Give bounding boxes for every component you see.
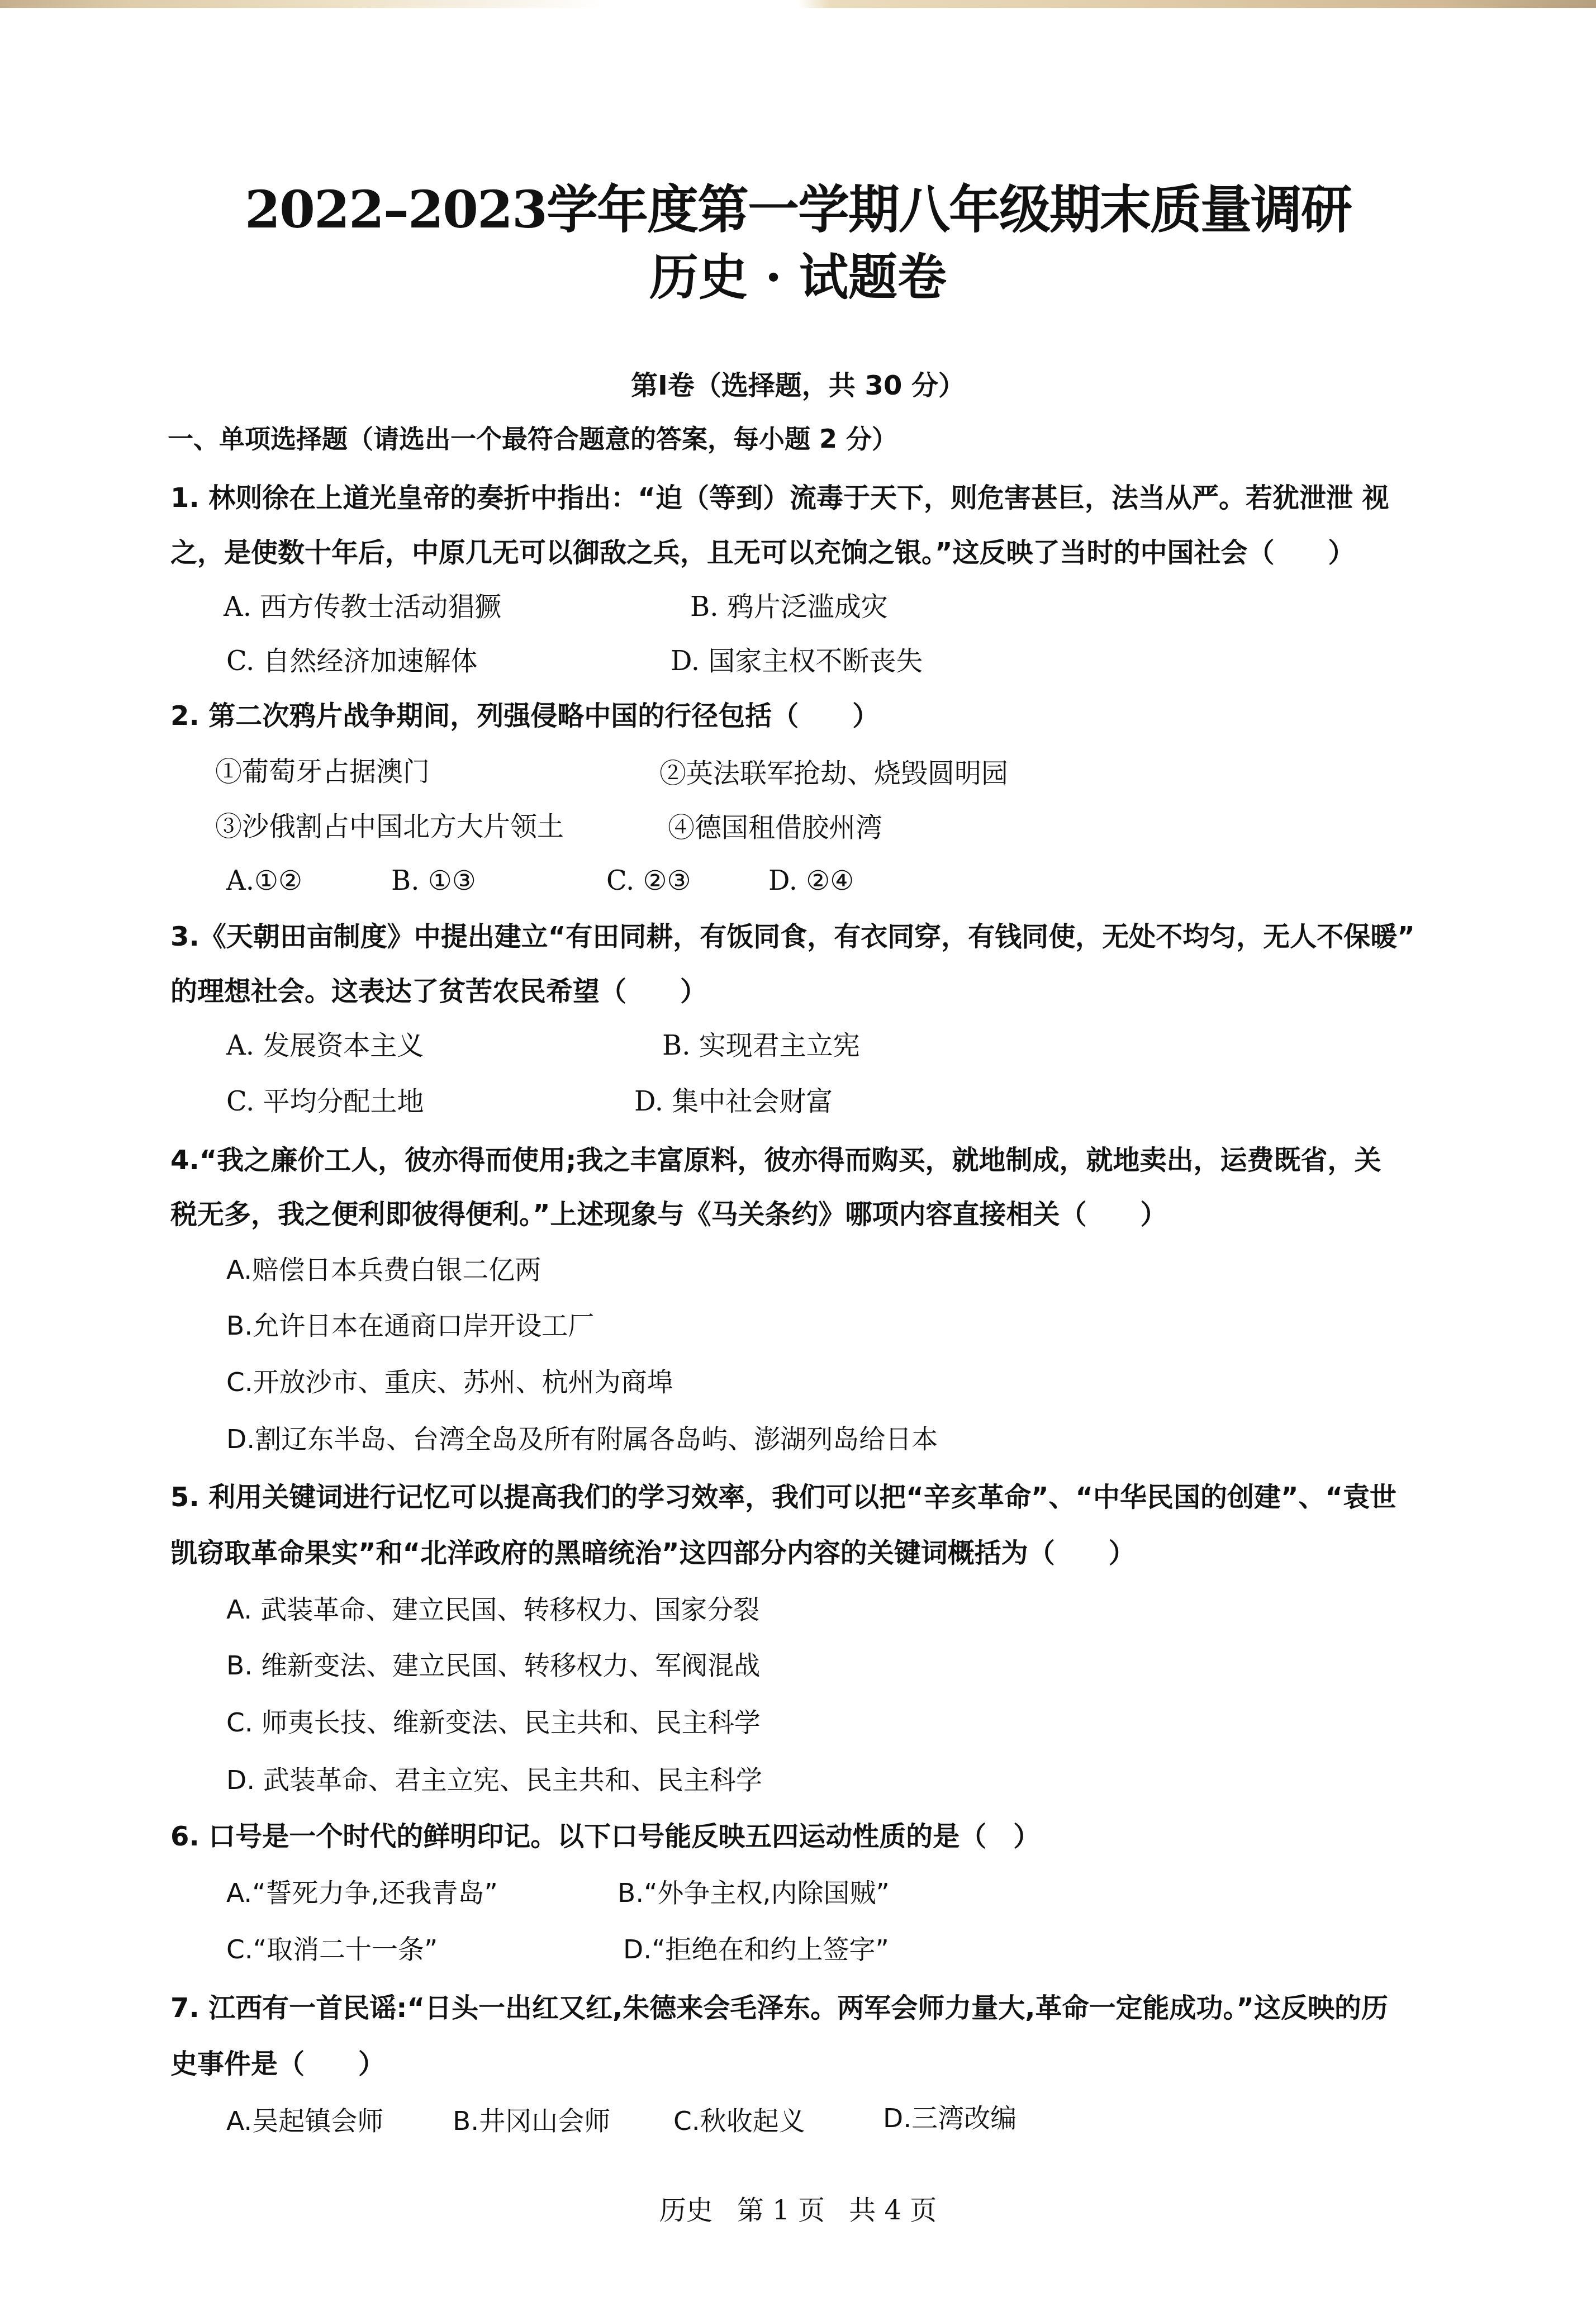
option-label: B. xyxy=(226,1650,253,1681)
option-text: 开放沙市、重庆、苏州、杭州为商埠 xyxy=(253,1367,673,1398)
option-label: C. xyxy=(226,1934,253,1965)
option-label: D. xyxy=(671,646,700,677)
option-text: 武装革命、建立民国、转移权力、国家分裂 xyxy=(260,1595,759,1625)
option-label: B. xyxy=(453,2106,479,2137)
option-a[interactable]: A.“誓死力争,还我青岛” xyxy=(226,1876,498,1911)
page-footer: 历史 第 1 页 共 4 页 xyxy=(0,2194,1596,2227)
question-3-line-1: 3.《天朝田亩制度》中提出建立“有田同耕，有饭同食，有衣同穿，有钱同使，无处不均… xyxy=(170,919,1415,954)
option-text: “拒绝在和约上签字” xyxy=(652,1934,889,1965)
option-text: 割辽东半岛、台湾全岛及所有附属各岛屿、澎湖列岛给日本 xyxy=(255,1424,938,1455)
question-4-line-1: 4.“我之廉价工人，彼亦得而使用;我之丰富原料，彼亦得而购买，就地制成，就地卖出… xyxy=(170,1143,1381,1178)
option-text: 集中社会财富 xyxy=(672,1086,833,1117)
option-label: C. xyxy=(673,2106,700,2137)
option-text: “誓死力争,还我青岛” xyxy=(252,1878,498,1909)
option-d[interactable]: D. 国家主权不断丧失 xyxy=(671,644,923,678)
option-text: ①② xyxy=(254,865,302,896)
question-number: 5. xyxy=(170,1482,199,1513)
option-text: 发展资本主义 xyxy=(263,1030,424,1061)
section-title: 一、单项选择题（请选出一个最符合题意的答案，每小题 2 分） xyxy=(168,422,897,455)
option-text: 国家主权不断丧失 xyxy=(708,646,923,677)
option-label: A. xyxy=(226,1878,252,1909)
question-4-line-2: 税无多，我之便利即彼得便利。”上述现象与《马关条约》哪项内容直接相关（ ） xyxy=(170,1197,1167,1232)
question-5-line-1: 5. 利用关键词进行记忆可以提高我们的学习效率，我们可以把“辛亥革命”、“中华民… xyxy=(170,1480,1396,1515)
option-label: D. xyxy=(623,1934,652,1965)
option-c[interactable]: C. 平均分配土地 xyxy=(226,1084,424,1119)
option-d[interactable]: D. ②④ xyxy=(768,863,854,898)
option-a[interactable]: A. 西方传教士活动猖獗 xyxy=(224,590,501,624)
question-text: 林则徐在上道光皇帝的奏折中指出：“迫（等到）流毒于天下，则危害甚巨，法当从严。若… xyxy=(208,482,1389,514)
option-b[interactable]: B.允许日本在通商口岸开设工厂 xyxy=(226,1309,594,1344)
statement-2: ②英法联军抢劫、烧毁圆明园 xyxy=(659,756,1008,791)
option-c[interactable]: C.“取消二十一条” xyxy=(226,1933,438,1967)
question-text: 第二次鸦片战争期间，列强侵略中国的行径包括（ ） xyxy=(208,700,879,732)
option-text: 吴起镇会师 xyxy=(252,2106,383,2137)
question-text: 利用关键词进行记忆可以提高我们的学习效率，我们可以把“辛亥革命”、“中华民国的创… xyxy=(208,1482,1396,1513)
question-number: 2. xyxy=(170,700,199,732)
option-text: 平均分配土地 xyxy=(263,1086,424,1117)
exam-subtitle: 历史 · 试题卷 xyxy=(0,246,1596,307)
option-d[interactable]: D.“拒绝在和约上签字” xyxy=(623,1933,889,1967)
option-text: 三湾改编 xyxy=(911,2103,1016,2134)
question-text: 《天朝田亩制度》中提出建立“有田同耕，有饭同食，有衣同穿，有钱同使，无处不均匀，… xyxy=(199,921,1415,952)
option-d[interactable]: D.三湾改编 xyxy=(883,2101,1016,2136)
option-text: ①③ xyxy=(428,865,476,896)
option-a[interactable]: A. 发展资本主义 xyxy=(226,1028,424,1063)
option-label: C. xyxy=(606,865,634,896)
option-text: 允许日本在通商口岸开设工厂 xyxy=(253,1311,594,1341)
option-b[interactable]: B.井冈山会师 xyxy=(453,2104,610,2139)
question-1-line-2: 之，是使数十年后，中原几无可以御敌之兵，且无可以充饷之银。”这反映了当时的中国社… xyxy=(170,535,1355,570)
exam-page: 2022–2023学年度第一学期八年级期末质量调研 历史 · 试题卷 第Ⅰ卷（选… xyxy=(0,0,1596,2311)
option-text: 赔偿日本兵费白银二亿两 xyxy=(252,1255,541,1285)
option-label: B. xyxy=(391,865,420,896)
question-6-line-1: 6. 口号是一个时代的鲜明印记。以下口号能反映五四运动性质的是（ ） xyxy=(170,1819,1040,1854)
question-text: “我之廉价工人，彼亦得而使用;我之丰富原料，彼亦得而购买，就地制成，就地卖出，运… xyxy=(199,1145,1381,1176)
option-d[interactable]: D. 武装革命、君主立宪、民主共和、民主科学 xyxy=(226,1763,762,1798)
option-c[interactable]: C. ②③ xyxy=(606,863,691,898)
statement-4: ④德国租借胶州湾 xyxy=(668,810,882,845)
option-label: A. xyxy=(226,1255,252,1285)
option-text: 自然经济加速解体 xyxy=(263,646,478,677)
option-b[interactable]: B. 实现君主立宪 xyxy=(662,1028,860,1063)
question-7-line-2: 史事件是（ ） xyxy=(170,2047,385,2081)
option-text: “取消二十一条” xyxy=(253,1934,438,1965)
option-label: B. xyxy=(690,591,719,623)
statement-3: ③沙俄割占中国北方大片领土 xyxy=(215,809,564,844)
option-c[interactable]: C. 自然经济加速解体 xyxy=(226,644,478,678)
option-b[interactable]: B. 鸦片泛滥成灾 xyxy=(690,590,888,624)
statement-1: ①葡萄牙占据澳门 xyxy=(215,754,430,789)
option-label: B. xyxy=(226,1311,253,1341)
question-number: 1. xyxy=(170,482,199,514)
option-d[interactable]: D. 集中社会财富 xyxy=(634,1084,833,1119)
question-2-line-1: 2. 第二次鸦片战争期间，列强侵略中国的行径包括（ ） xyxy=(170,699,879,733)
option-text: 鸦片泛滥成灾 xyxy=(727,591,888,623)
option-text: 西方传教士活动猖獗 xyxy=(260,591,501,623)
option-label: C. xyxy=(226,646,254,677)
option-text: 师夷长技、维新变法、民主共和、民主科学 xyxy=(262,1707,761,1738)
question-number: 3. xyxy=(170,921,199,952)
option-label: D. xyxy=(226,1424,255,1455)
option-text: ②③ xyxy=(643,865,691,896)
part-title: 第Ⅰ卷（选择题，共 30 分） xyxy=(0,369,1596,402)
question-3-line-2: 的理想社会。这表达了贫苦农民希望（ ） xyxy=(170,974,707,1009)
footer-subject: 历史 xyxy=(659,2195,713,2226)
option-text: 武装革命、君主立宪、民主共和、民主科学 xyxy=(263,1765,762,1796)
option-label: A. xyxy=(226,1030,254,1061)
option-a[interactable]: A.①② xyxy=(226,863,302,898)
option-text: 秋收起义 xyxy=(700,2106,805,2137)
option-d[interactable]: D.割辽东半岛、台湾全岛及所有附属各岛屿、澎湖列岛给日本 xyxy=(226,1422,938,1457)
option-label: B. xyxy=(662,1030,691,1061)
question-7-line-1: 7. 江西有一首民谣:“日头一出红又红,朱德来会毛泽东。两军会师力量大,革命一定… xyxy=(170,1991,1388,2025)
option-a[interactable]: A.吴起镇会师 xyxy=(226,2104,383,2139)
footer-total-pages: 共 4 页 xyxy=(849,2195,937,2226)
question-number: 7. xyxy=(170,1992,199,2024)
option-c[interactable]: C. 师夷长技、维新变法、民主共和、民主科学 xyxy=(226,1706,761,1740)
option-label: D. xyxy=(768,865,797,896)
option-label: A. xyxy=(226,865,254,896)
option-label: C. xyxy=(226,1086,254,1117)
option-b[interactable]: B. 维新变法、建立民国、转移权力、军阀混战 xyxy=(226,1649,760,1683)
option-c[interactable]: C.开放沙市、重庆、苏州、杭州为商埠 xyxy=(226,1365,673,1400)
footer-page-number: 第 1 页 xyxy=(737,2195,825,2226)
option-text: 实现君主立宪 xyxy=(699,1030,860,1061)
question-text: 口号是一个时代的鲜明印记。以下口号能反映五四运动性质的是（ ） xyxy=(208,1821,1040,1852)
option-text: ②④ xyxy=(806,865,854,896)
question-5-line-2: 凯窃取革命果实”和“北洋政府的黑暗统治”这四部分内容的关键词概括为（ ） xyxy=(170,1536,1136,1570)
option-label: B. xyxy=(617,1878,644,1909)
option-label: D. xyxy=(883,2103,911,2134)
option-text: 井冈山会师 xyxy=(479,2106,610,2137)
option-c[interactable]: C.秋收起义 xyxy=(673,2104,805,2139)
question-text: 江西有一首民谣:“日头一出红又红,朱德来会毛泽东。两军会师力量大,革命一定能成功… xyxy=(208,1992,1388,2024)
option-b[interactable]: B.“外争主权,内除国贼” xyxy=(617,1876,890,1911)
option-label: D. xyxy=(634,1086,663,1117)
option-a[interactable]: A. 武装革命、建立民国、转移权力、国家分裂 xyxy=(226,1593,759,1627)
option-text: “外争主权,内除国贼” xyxy=(644,1878,890,1909)
option-label: C. xyxy=(226,1707,253,1738)
option-b[interactable]: B. ①③ xyxy=(391,863,476,898)
option-label: D. xyxy=(226,1765,255,1796)
option-label: A. xyxy=(224,591,251,623)
question-1-line-1: 1. 林则徐在上道光皇帝的奏折中指出：“迫（等到）流毒于天下，则危害甚巨，法当从… xyxy=(170,481,1389,515)
option-label: C. xyxy=(226,1367,253,1398)
option-label: A. xyxy=(226,1595,252,1625)
option-a[interactable]: A.赔偿日本兵费白银二亿两 xyxy=(226,1253,541,1288)
question-number: 4. xyxy=(170,1145,199,1176)
option-text: 维新变法、建立民国、转移权力、军阀混战 xyxy=(261,1650,760,1681)
question-number: 6. xyxy=(170,1821,199,1852)
exam-title: 2022–2023学年度第一学期八年级期末质量调研 xyxy=(0,179,1596,240)
option-label: A. xyxy=(226,2106,252,2137)
